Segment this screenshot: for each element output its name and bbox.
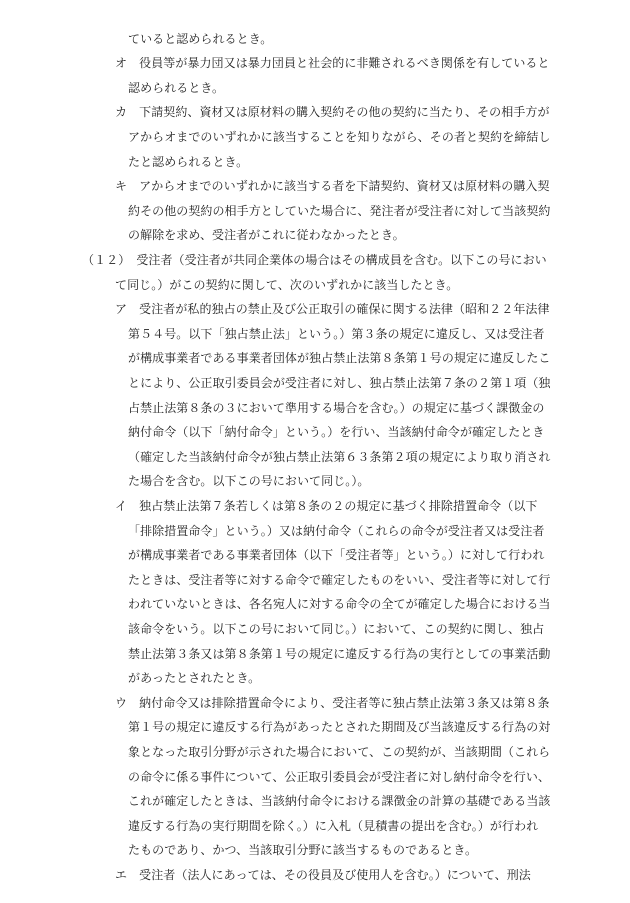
text-line: これが確定したときは、当該納付命令における課徴金の計算の基礎である当該 xyxy=(128,791,550,811)
text-line: 第５４号。以下「独占禁止法」という。）第３条の規定に違反し、又は受注者 xyxy=(128,324,544,344)
text-line: ていると認められるとき。 xyxy=(128,29,272,49)
text-line: て同じ。）がこの契約に関して、次のいずれかに該当したとき。 xyxy=(115,275,458,295)
text-line: アからオまでのいずれかに該当することを知りながら、その者と契約を締結し xyxy=(128,127,550,147)
text-line: オ 役員等が暴力団又は暴力団員と社会的に非難されるべき関係を有していると xyxy=(115,53,550,73)
text-line: たときは、受注者等に対する命令で確定したものをいい、受注者等に対して行 xyxy=(128,570,550,590)
text-line: たと認められるとき。 xyxy=(128,152,248,172)
text-line: 象となった取引分野が示された場合において、この契約が、当該期間（これら xyxy=(128,742,550,762)
text-line: 該命令をいう。以下この号において同じ。）において、この契約に関し、独占 xyxy=(128,619,544,639)
text-line: があったとされたとき。 xyxy=(128,668,260,688)
text-line: （確定した当該納付命令が独占禁止法第６３条第２項の規定により取り消され xyxy=(128,447,550,467)
text-line: ア 受注者が私的独占の禁止及び公正取引の確保に関する法律（昭和２２年法律 xyxy=(115,299,550,319)
text-line: われていないときは、各名宛人に対する命令の全てが確定した場合における当 xyxy=(128,594,550,614)
text-line: カ 下請契約、資材又は原材料の購入契約その他の契約に当たり、その相手方が xyxy=(115,102,550,122)
text-line: たものであり、かつ、当該取引分野に該当するものであるとき。 xyxy=(128,840,477,860)
text-line: 約その他の契約の相手方としていた場合に、発注者が受注者に対して当該契約 xyxy=(128,201,550,221)
text-line: の解除を求め、受注者がこれに従わなかったとき。 xyxy=(128,225,405,245)
text-line: （１２） 受注者（受注者が共同企業体の場合はその構成員を含む。以下この号におい xyxy=(82,250,547,270)
text-line: イ 独占禁止法第７条若しくは第８条の２の規定に基づく排除措置命令（以下 xyxy=(115,496,537,516)
text-line: 認められるとき。 xyxy=(128,78,224,98)
text-line: が構成事業者である事業者団体（以下「受注者等」という。）に対して行われ xyxy=(128,545,544,565)
text-line: エ 受注者（法人にあっては、その役員及び使用人を含む。）について、刑法 xyxy=(115,865,531,885)
text-line: 禁止法第３条又は第８条第１号の規定に違反する行為の実行としての事業活動 xyxy=(128,644,550,664)
text-line: ウ 納付命令又は排除措置命令により、受注者等に独占禁止法第３条又は第８条 xyxy=(115,693,550,713)
text-line: 違反する行為の実行期間を除く。）に入札（見積書の提出を含む。）が行われ xyxy=(128,816,538,836)
text-line: が構成事業者である事業者団体が独占禁止法第８条第１号の規定に違反したこ xyxy=(128,348,550,368)
text-line: の命令に係る事件について、公正取引委員会が受注者に対し納付命令を行い、 xyxy=(128,767,550,787)
text-line: 「排除措置命令」という。）又は納付命令（これらの命令が受注者又は受注者 xyxy=(128,521,544,541)
text-line: 第１号の規定に違反する行為があったとされた期間及び当該違反する行為の対 xyxy=(128,717,550,737)
text-line: キ アからオまでのいずれかに該当する者を下請契約、資材又は原材料の購入契 xyxy=(115,176,550,196)
document-page: ていると認められるとき。オ 役員等が暴力団又は暴力団員と社会的に非難されるべき関… xyxy=(0,0,630,903)
text-line: た場合を含む。以下この号において同じ。）。 xyxy=(128,471,369,491)
text-line: とにより、公正取引委員会が受注者に対し、独占禁止法第７条の２第１項（独 xyxy=(128,373,550,393)
text-line: 占禁止法第８条の３において準用する場合を含む。）の規定に基づく課徴金の xyxy=(128,398,544,418)
text-line: 納付命令（以下「納付命令」という。）を行い、当該納付命令が確定したとき xyxy=(128,422,544,442)
